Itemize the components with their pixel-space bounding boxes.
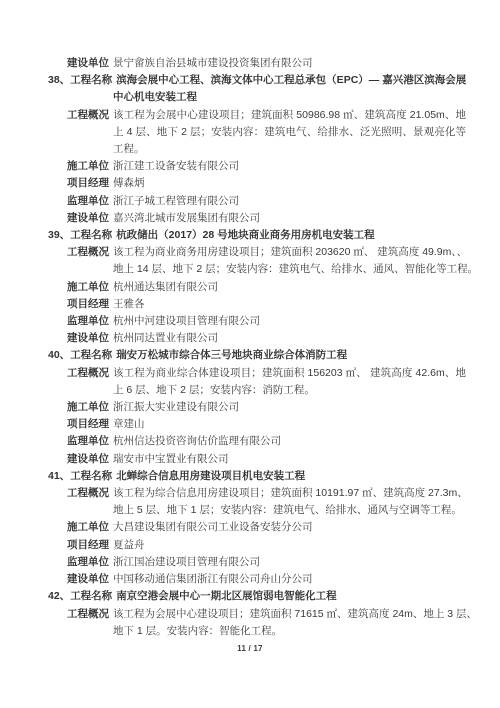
project-field-row: 40、工程名称瑞安万松城市综合体三号地块商业综合体消防工程 bbox=[48, 347, 466, 364]
project-field-row: 监理单位浙江国冶建设项目管理有限公司 bbox=[48, 554, 466, 571]
field-value-line: 该工程为商业商务用房建设项目；建筑面积 203620 ㎡、 建筑高度 49.9m… bbox=[113, 244, 466, 261]
field-label: 工程概况 bbox=[67, 107, 113, 124]
project-field-row: 施工单位浙江建工设备安装有限公司 bbox=[48, 158, 466, 175]
field-value-line: 杭州信达投资咨询估价监理有限公司 bbox=[113, 433, 466, 450]
field-value-line: 傅森炳 bbox=[113, 175, 466, 192]
field-value-line: 地下 1 层。安装内容：智能化工程。 bbox=[113, 623, 466, 640]
field-value-line: 景宁畲族自治县城市建设投资集团有限公司 bbox=[113, 55, 466, 72]
project-field-row: 建设单位中国移动通信集团浙江有限公司舟山分公司 bbox=[48, 571, 466, 588]
field-value-line: 杭州中河建设项目管理有限公司 bbox=[113, 313, 466, 330]
field-value-line: 地上 5 层、地下 1 层；安装内容：建筑电气、给排水、通风与空调等工程。 bbox=[113, 502, 466, 519]
field-label: 工程名称 bbox=[70, 588, 116, 605]
field-value-line: 王雅各 bbox=[113, 296, 466, 313]
field-value-line: 该工程为综合信息用房建设项目；建筑面积 10191.97 ㎡、建筑高度 27.3… bbox=[113, 485, 466, 502]
entry-number: 40、 bbox=[48, 347, 70, 364]
project-field-row: 施工单位浙江振大实业建设有限公司 bbox=[48, 399, 466, 416]
project-field-row: 地上 14 层、地下 2 层；安装内容：建筑电气、给排水、通风、智能化等工程。 bbox=[48, 261, 466, 278]
project-field-row: 地上 5 层、地下 1 层；安装内容：建筑电气、给排水、通风与空调等工程。 bbox=[48, 502, 466, 519]
field-label: 监理单位 bbox=[67, 433, 113, 450]
field-value-line: 中国移动通信集团浙江有限公司舟山分公司 bbox=[113, 571, 466, 588]
field-label: 监理单位 bbox=[67, 193, 113, 210]
field-value-line: 嘉兴湾北城市发展集团有限公司 bbox=[113, 210, 466, 227]
field-label: 建设单位 bbox=[67, 210, 113, 227]
field-value-line: 该工程为商业综合体建设项目；建筑面积 156203 ㎡、 建筑高度 42.6m、… bbox=[113, 365, 466, 382]
project-field-row: 工程概况该工程为综合信息用房建设项目；建筑面积 10191.97 ㎡、建筑高度 … bbox=[48, 485, 466, 502]
project-field-row: 工程概况该工程为会展中心建设项目；建筑面积 71615 ㎡、建筑高度 24m、地… bbox=[48, 606, 466, 623]
project-field-row: 项目经理章建山 bbox=[48, 416, 466, 433]
field-value-line: 大昌建设集团有限公司工业设备安装分公司 bbox=[113, 519, 466, 536]
field-value-line: 杭政储出（2017）28 号地块商业商务用房机电安装工程 bbox=[116, 227, 466, 244]
field-label: 施工单位 bbox=[67, 158, 113, 175]
field-value-line: 北蝉综合信息用房建设项目机电安装工程 bbox=[116, 468, 466, 485]
field-label: 建设单位 bbox=[67, 571, 113, 588]
field-label: 项目经理 bbox=[67, 537, 113, 554]
field-value-line: 南京空港会展中心一期北区展馆弱电智能化工程 bbox=[116, 588, 466, 605]
entry-number: 42、 bbox=[48, 588, 70, 605]
project-field-row: 项目经理王雅各 bbox=[48, 296, 466, 313]
field-value-line: 地上 14 层、地下 2 层；安装内容：建筑电气、给排水、通风、智能化等工程。 bbox=[113, 261, 466, 278]
page-number: 11 / 17 bbox=[0, 644, 500, 653]
field-value-line: 浙江国冶建设项目管理有限公司 bbox=[113, 554, 466, 571]
entry-number: 41、 bbox=[48, 468, 70, 485]
project-field-row: 39、工程名称杭政储出（2017）28 号地块商业商务用房机电安装工程 bbox=[48, 227, 466, 244]
field-label: 监理单位 bbox=[67, 313, 113, 330]
project-field-row: 38、工程名称滨海会展中心工程、滨海文体中心工程总承包（EPC）— 嘉兴港区滨海… bbox=[48, 72, 466, 89]
field-label: 工程概况 bbox=[67, 365, 113, 382]
field-label: 工程名称 bbox=[70, 347, 116, 364]
field-label: 建设单位 bbox=[67, 330, 113, 347]
project-field-row: 41、工程名称北蝉综合信息用房建设项目机电安装工程 bbox=[48, 468, 466, 485]
field-label: 施工单位 bbox=[67, 399, 113, 416]
entry-number: 39、 bbox=[48, 227, 70, 244]
field-label: 工程概况 bbox=[67, 606, 113, 623]
field-value-line: 滨海会展中心工程、滨海文体中心工程总承包（EPC）— 嘉兴港区滨海会展 bbox=[116, 72, 466, 89]
project-field-row: 监理单位杭州信达投资咨询估价监理有限公司 bbox=[48, 433, 466, 450]
project-field-row: 建设单位景宁畲族自治县城市建设投资集团有限公司 bbox=[48, 55, 466, 72]
project-field-row: 工程。 bbox=[48, 141, 466, 158]
project-field-row: 项目经理傅森炳 bbox=[48, 175, 466, 192]
field-label: 工程名称 bbox=[70, 72, 116, 89]
field-value-line: 该工程为会展中心建设项目；建筑面积 50986.98 ㎡、建筑高度 21.05m… bbox=[113, 107, 466, 124]
field-value-line: 中心机电安装工程 bbox=[113, 89, 466, 106]
field-label: 工程名称 bbox=[70, 468, 116, 485]
field-label: 施工单位 bbox=[67, 519, 113, 536]
field-value-line: 上 4 层、地下 2 层；安装内容：建筑电气、给排水、泛光照明、景观亮化等 bbox=[113, 124, 466, 141]
field-value-line: 夏益舟 bbox=[113, 537, 466, 554]
field-value-line: 工程。 bbox=[113, 141, 466, 158]
project-field-row: 上 6 层、地下 2 层；安装内容：消防工程。 bbox=[48, 382, 466, 399]
project-field-row: 施工单位大昌建设集团有限公司工业设备安装分公司 bbox=[48, 519, 466, 536]
project-field-row: 工程概况该工程为商业综合体建设项目；建筑面积 156203 ㎡、 建筑高度 42… bbox=[48, 365, 466, 382]
field-value-line: 杭州通达集团有限公司 bbox=[113, 279, 466, 296]
project-field-row: 施工单位杭州通达集团有限公司 bbox=[48, 279, 466, 296]
project-field-row: 监理单位杭州中河建设项目管理有限公司 bbox=[48, 313, 466, 330]
project-field-row: 地下 1 层。安装内容：智能化工程。 bbox=[48, 623, 466, 640]
field-label: 监理单位 bbox=[67, 554, 113, 571]
project-field-row: 上 4 层、地下 2 层；安装内容：建筑电气、给排水、泛光照明、景观亮化等 bbox=[48, 124, 466, 141]
entry-number: 38、 bbox=[48, 72, 70, 89]
document-body: 建设单位景宁畲族自治县城市建设投资集团有限公司38、工程名称滨海会展中心工程、滨… bbox=[48, 55, 466, 640]
project-field-row: 建设单位嘉兴湾北城市发展集团有限公司 bbox=[48, 210, 466, 227]
field-value-line: 浙江振大实业建设有限公司 bbox=[113, 399, 466, 416]
project-field-row: 项目经理夏益舟 bbox=[48, 537, 466, 554]
project-field-row: 42、工程名称南京空港会展中心一期北区展馆弱电智能化工程 bbox=[48, 588, 466, 605]
field-label: 项目经理 bbox=[67, 175, 113, 192]
field-label: 项目经理 bbox=[67, 296, 113, 313]
field-label: 建设单位 bbox=[67, 451, 113, 468]
field-value-line: 浙江建工设备安装有限公司 bbox=[113, 158, 466, 175]
project-field-row: 中心机电安装工程 bbox=[48, 89, 466, 106]
field-label: 施工单位 bbox=[67, 279, 113, 296]
field-value-line: 杭州同达置业有限公司 bbox=[113, 330, 466, 347]
project-field-row: 建设单位杭州同达置业有限公司 bbox=[48, 330, 466, 347]
project-field-row: 工程概况该工程为商业商务用房建设项目；建筑面积 203620 ㎡、 建筑高度 4… bbox=[48, 244, 466, 261]
field-label: 建设单位 bbox=[67, 55, 113, 72]
field-value-line: 瑞安市中宝置业有限公司 bbox=[113, 451, 466, 468]
field-label: 工程概况 bbox=[67, 485, 113, 502]
field-label: 工程名称 bbox=[70, 227, 116, 244]
field-label: 工程概况 bbox=[67, 244, 113, 261]
project-field-row: 建设单位瑞安市中宝置业有限公司 bbox=[48, 451, 466, 468]
project-field-row: 工程概况该工程为会展中心建设项目；建筑面积 50986.98 ㎡、建筑高度 21… bbox=[48, 107, 466, 124]
field-value-line: 该工程为会展中心建设项目；建筑面积 71615 ㎡、建筑高度 24m、地上 3 … bbox=[113, 606, 466, 623]
field-value-line: 浙江子城工程管理有限公司 bbox=[113, 193, 466, 210]
field-label: 项目经理 bbox=[67, 416, 113, 433]
field-value-line: 章建山 bbox=[113, 416, 466, 433]
document-page: 建设单位景宁畲族自治县城市建设投资集团有限公司38、工程名称滨海会展中心工程、滨… bbox=[0, 0, 500, 708]
field-value-line: 瑞安万松城市综合体三号地块商业综合体消防工程 bbox=[116, 347, 466, 364]
field-value-line: 上 6 层、地下 2 层；安装内容：消防工程。 bbox=[113, 382, 466, 399]
project-field-row: 监理单位浙江子城工程管理有限公司 bbox=[48, 193, 466, 210]
